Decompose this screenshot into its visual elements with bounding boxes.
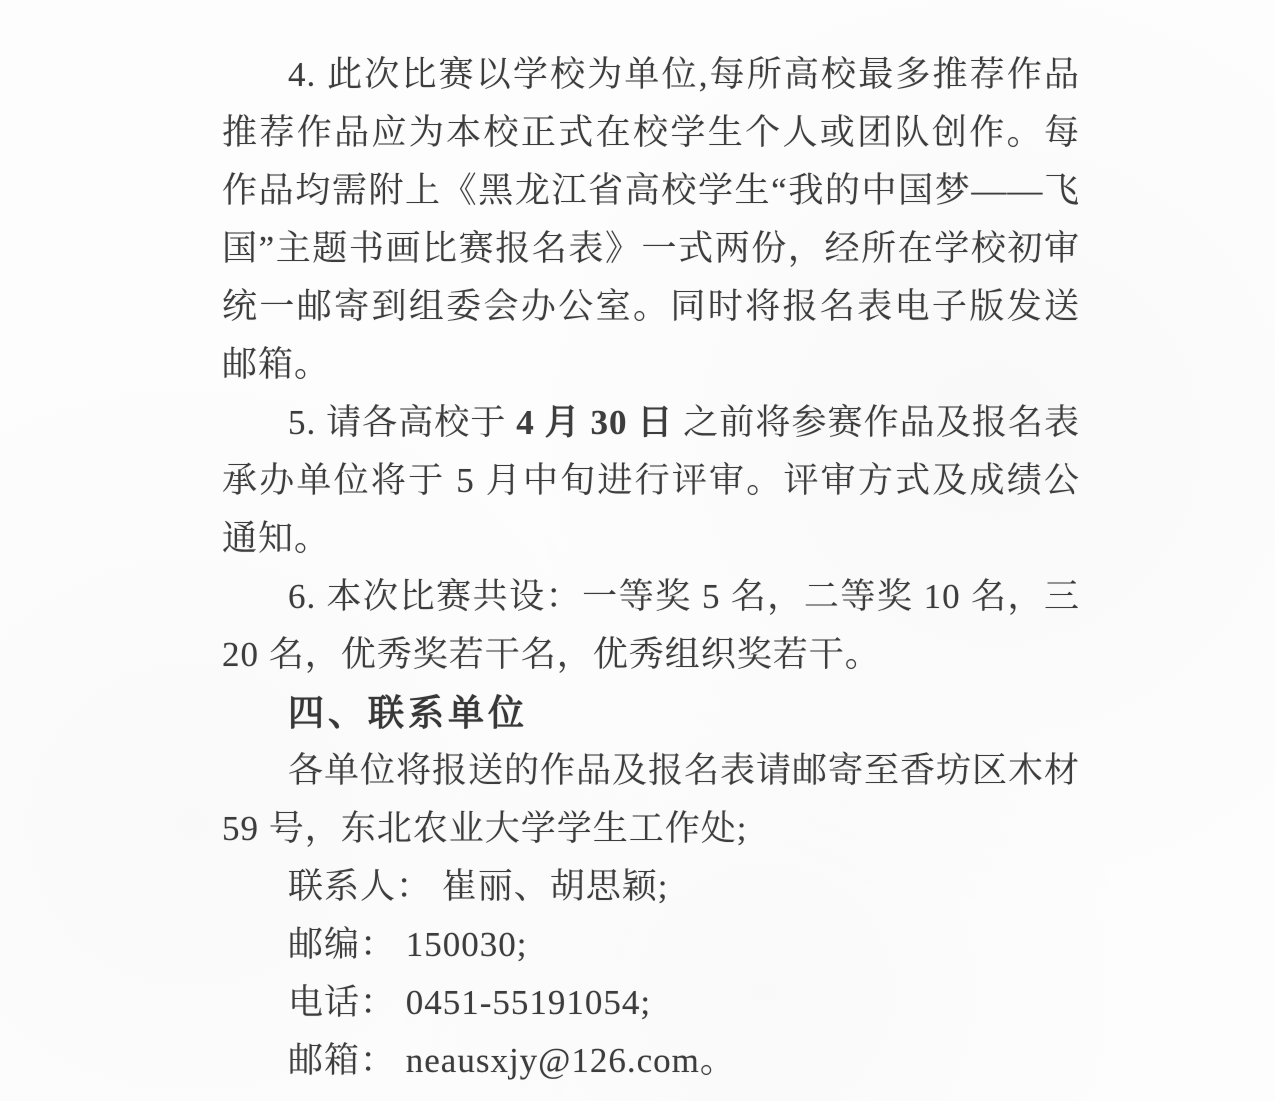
line-text: 承办单位将于 5 月中旬进行评审。评审方式及成绩公布另行 — [222, 461, 1080, 510]
doc-line-email: 邮箱： neausxjy@126.com。 — [222, 1032, 1080, 1090]
line-text: 各单位将报送的作品及报名表请邮寄至香坊区木材街 — [288, 751, 1080, 800]
doc-line-clause5-1: 5. 请各高校于 4 月 30 日 之前将参赛作品及报名表上报， — [222, 394, 1080, 452]
doc-line-clause5-3: 通知。 — [222, 510, 1080, 568]
doc-line-clause4-1: 4. 此次比赛以学校为单位,每所高校最多推荐作品 3 部， — [222, 46, 1080, 104]
doc-line-contact-person: 联系人： 崔丽、胡思颖; — [222, 858, 1080, 916]
line-text: 4. 此次比赛以学校为单位,每所高校最多推荐作品 3 部， — [288, 55, 1080, 104]
heading-text: 四、联系单位 — [288, 692, 528, 733]
doc-line-clause4-6: 邮箱。 — [222, 336, 1080, 394]
doc-line-clause4-4: 国”主题书画比赛报名表》一式两份，经所在学校初审后， — [222, 220, 1080, 278]
line-text: 5. 请各高校于 — [288, 403, 516, 442]
doc-line-clause6-1: 6. 本次比赛共设：一等奖 5 名，二等奖 10 名，三等奖 — [222, 568, 1080, 626]
doc-line-clause6-2: 20 名，优秀奖若干名，优秀组织奖若干。 — [222, 626, 1080, 684]
line-text: 国”主题书画比赛报名表》一式两份，经所在学校初审后， — [222, 229, 1080, 278]
doc-line-postal-code: 邮编： 150030; — [222, 916, 1080, 974]
deadline-date-bold-text: 4 月 30 日 — [516, 403, 673, 442]
line-text: 作品均需附上《黑龙江省高校学生“我的中国梦——飞翔中 — [222, 171, 1080, 220]
doc-line-phone: 电话： 0451-55191054; — [222, 974, 1080, 1032]
line-text: 电话： 0451-55191054; — [288, 983, 651, 1022]
line-text: 通知。 — [222, 519, 330, 558]
document-page: 4. 此次比赛以学校为单位,每所高校最多推荐作品 3 部， 推荐作品应为本校正式… — [222, 46, 1080, 1090]
doc-line-clause5-2: 承办单位将于 5 月中旬进行评审。评审方式及成绩公布另行 — [222, 452, 1080, 510]
doc-line-clause4-3: 作品均需附上《黑龙江省高校学生“我的中国梦——飞翔中 — [222, 162, 1080, 220]
doc-line-clause4-5: 统一邮寄到组委会办公室。同时将报名表电子版发送到指定 — [222, 278, 1080, 336]
line-text: 20 名，优秀奖若干名，优秀组织奖若干。 — [222, 635, 881, 674]
line-text: 59 号，东北农业大学学生工作处; — [222, 809, 747, 848]
section-heading-contact-unit: 四、联系单位 — [222, 684, 1080, 742]
line-text: 联系人： 崔丽、胡思颖; — [288, 867, 668, 906]
line-text: 邮编： 150030; — [288, 925, 527, 964]
line-text: 6. 本次比赛共设：一等奖 5 名，二等奖 10 名，三等奖 — [288, 577, 1080, 626]
doc-line-address-1: 各单位将报送的作品及报名表请邮寄至香坊区木材街 — [222, 742, 1080, 800]
line-text: 统一邮寄到组委会办公室。同时将报名表电子版发送到指定 — [222, 287, 1080, 336]
line-text: 邮箱： neausxjy@126.com。 — [288, 1041, 736, 1080]
line-text: 推荐作品应为本校正式在校学生个人或团队创作。每件参赛 — [222, 113, 1080, 162]
doc-line-address-2: 59 号，东北农业大学学生工作处; — [222, 800, 1080, 858]
doc-line-clause4-2: 推荐作品应为本校正式在校学生个人或团队创作。每件参赛 — [222, 104, 1080, 162]
line-text: 邮箱。 — [222, 345, 330, 384]
